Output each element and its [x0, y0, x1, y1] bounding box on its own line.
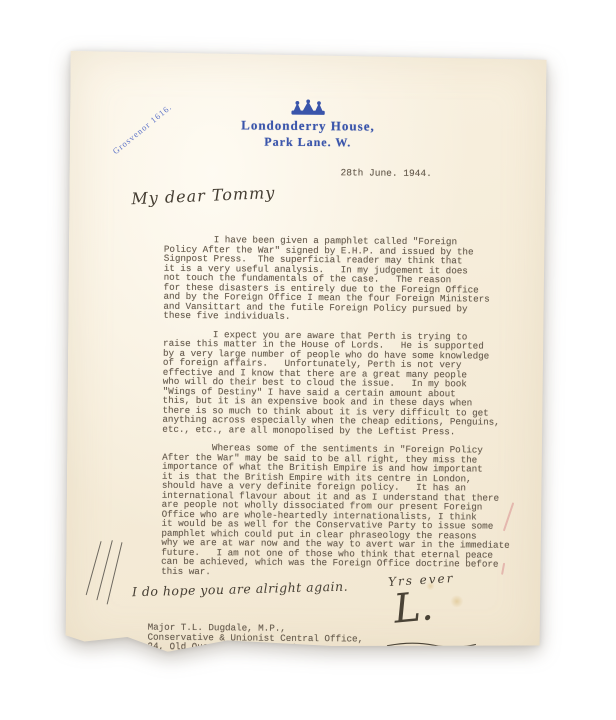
- letter-body: I have been given a pamphlet called "For…: [161, 235, 530, 588]
- letterhead-address: Park Lane. W.: [70, 133, 546, 152]
- signature: L.: [392, 583, 436, 633]
- signature-flourish: [385, 640, 477, 651]
- recipient-block: Major T.L. Dugdale, M.P., Conservative &…: [147, 623, 363, 653]
- paragraph-3: Whereas some of the sentiments in "Forei…: [161, 443, 528, 579]
- paper-stain: [450, 595, 464, 607]
- paragraph-1: I have been given a pamphlet called "For…: [163, 235, 530, 324]
- letter-photo: Grosvenor 1616. Londonderry House, Park …: [0, 0, 616, 720]
- coronet-icon: [290, 99, 326, 116]
- salutation: My dear Tommy: [131, 183, 276, 208]
- letter-paper: Grosvenor 1616. Londonderry House, Park …: [65, 51, 546, 655]
- paragraph-2: I expect you are aware that Perth is try…: [162, 329, 529, 437]
- paper-stain: [426, 582, 435, 590]
- letterhead: Londonderry House, Park Lane. W.: [70, 97, 546, 152]
- letter-date: 28th June. 1944.: [341, 167, 432, 179]
